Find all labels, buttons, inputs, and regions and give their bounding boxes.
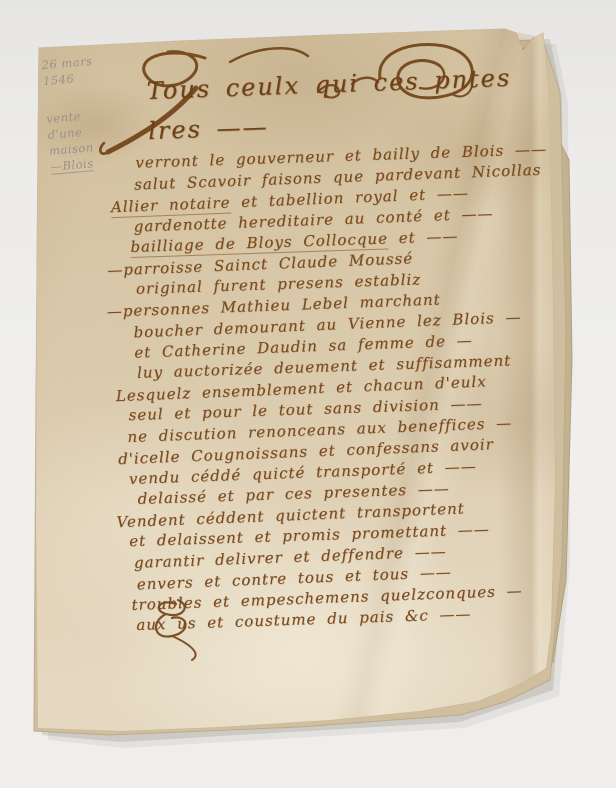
manuscript-body-lines: verront le gouverneur et bailly de Blois… bbox=[125, 137, 594, 636]
manuscript-text: Tous ceulx qui ces pntes lres —— verront… bbox=[122, 55, 594, 636]
archival-pencil-note: 26 mars1546vented'unemaison—Blois bbox=[41, 51, 121, 175]
manuscript-title-line: Tous ceulx qui ces pntes lres —— bbox=[122, 55, 577, 152]
photo-background: 26 mars1546vented'unemaison—Blois Tous c… bbox=[0, 0, 616, 788]
